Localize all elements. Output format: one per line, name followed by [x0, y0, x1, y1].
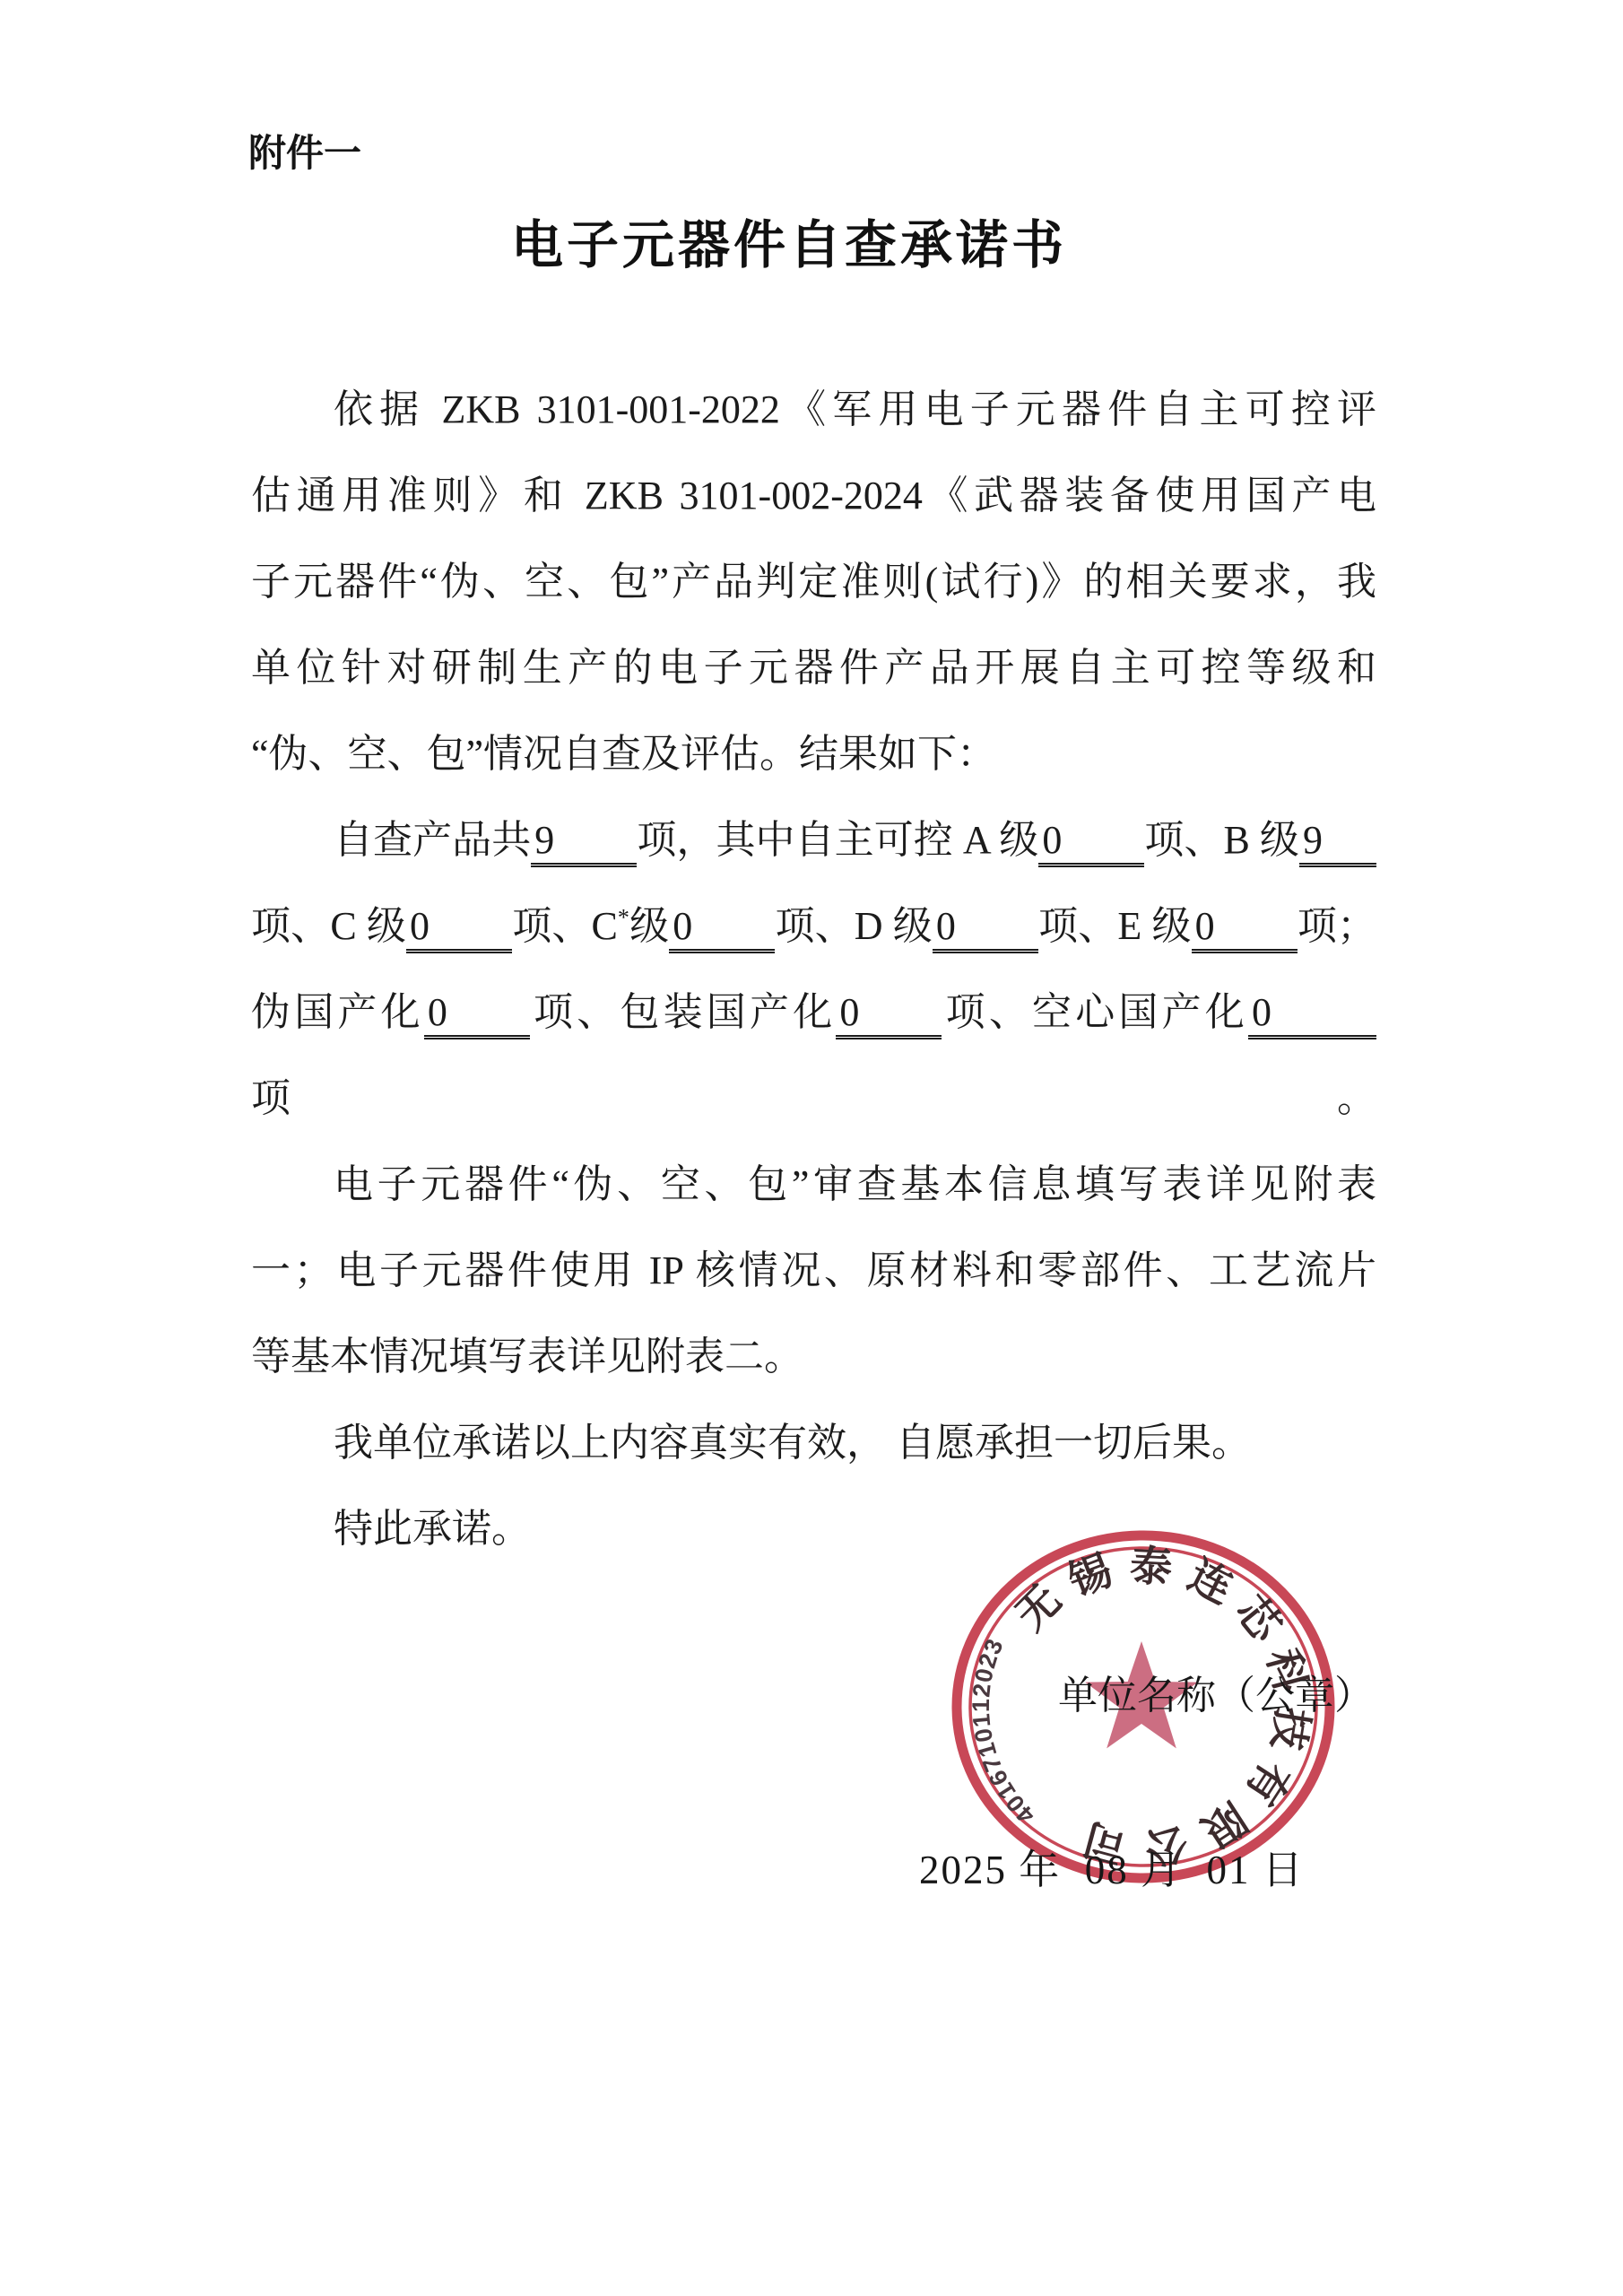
- seal-glyph: 2: [968, 1683, 995, 1699]
- body-line-5: “伪、空、包”情况自查及评估。结果如下：: [251, 711, 1376, 797]
- seal-glyph: 1: [968, 1713, 995, 1729]
- blank-grade-cstar: 0: [669, 904, 775, 953]
- asterisk-superscript: *: [618, 904, 629, 930]
- body-line-9: 电子元器件“伪、空、包”审查基本信息填写表详见附表: [251, 1142, 1376, 1228]
- blank-packaging-localization: 0: [836, 990, 942, 1039]
- seal-glyph: 1: [968, 1699, 994, 1712]
- line8-text: 项、包装国产化: [530, 990, 837, 1034]
- line8-text: 项、空心国产化: [942, 990, 1248, 1034]
- blank-grade-c: 0: [406, 904, 512, 953]
- line7-text: 项；: [1298, 904, 1376, 948]
- line8-text: 伪国产化: [251, 990, 424, 1034]
- blank-total-products: 9: [531, 818, 637, 867]
- document-body: 依据 ZKB 3101-001-2022《军用电子元器件自主可控评 估通用准则》…: [251, 367, 1376, 1572]
- line7-text: 级: [629, 904, 669, 948]
- blank-grade-a: 0: [1038, 818, 1144, 867]
- line6-text: 自查产品共: [334, 818, 531, 862]
- page-title: 电子元器件自查承诺书: [0, 203, 1601, 278]
- seal-glyph: 泰: [1129, 1542, 1174, 1591]
- line7-text: 项、E 级: [1038, 904, 1192, 948]
- body-line-3: 子元器件“伪、空、包”产品判定准则(试行)》的相关要求，我: [251, 539, 1376, 625]
- blank-grade-e: 0: [1192, 904, 1298, 953]
- line7-text: 项、C 级: [251, 904, 406, 948]
- body-line-4: 单位针对研制生产的电子元器件产品开展自主可控等级和: [251, 625, 1376, 711]
- unit-name-seal-label: 单位名称（公章）: [1058, 1663, 1374, 1720]
- scanned-document-page: { "page": { "attachment_label": "附件一", "…: [0, 0, 1623, 2296]
- body-line-7: 项、C 级0项、C*级0项、D 级0项、E 级0项；: [251, 883, 1376, 970]
- body-line-11: 等基本情况填写表详见附表二。: [251, 1314, 1376, 1400]
- attachment-label: 附件一: [248, 133, 361, 174]
- signature-date: 2025 年 08 月 01 日: [919, 1837, 1305, 1895]
- line6-text: 项，其中自主可控 A 级: [637, 818, 1038, 862]
- body-line-2: 估通用准则》和 ZKB 3101-002-2024《武器装备使用国产电: [251, 453, 1376, 539]
- body-line-10: 一；电子元器件使用 IP 核情况、原材料和零部件、工艺流片: [251, 1228, 1376, 1314]
- body-line-8: 伪国产化0项、包装国产化0项、空心国产化0项。: [251, 970, 1376, 1142]
- line7-text: 项、D 级: [775, 904, 933, 948]
- line6-text: 项、B 级: [1144, 818, 1299, 862]
- blank-grade-d: 0: [933, 904, 1038, 953]
- line7-text: 项、C: [512, 904, 618, 948]
- body-line-1: 依据 ZKB 3101-001-2022《军用电子元器件自主可控评: [251, 367, 1376, 453]
- line8-text: 项。: [251, 1076, 1376, 1120]
- blank-fake-localization: 0: [424, 990, 530, 1039]
- blank-hollow-localization: 0: [1248, 990, 1376, 1039]
- blank-grade-b: 9: [1299, 818, 1376, 867]
- seal-serial-number: 3202110176104: [968, 1635, 1040, 1829]
- body-line-12: 我单位承诺以上内容真实有效， 自愿承担一切后果。: [251, 1400, 1376, 1486]
- body-line-6: 自查产品共9项，其中自主可控 A 级0项、B 级9: [251, 797, 1376, 883]
